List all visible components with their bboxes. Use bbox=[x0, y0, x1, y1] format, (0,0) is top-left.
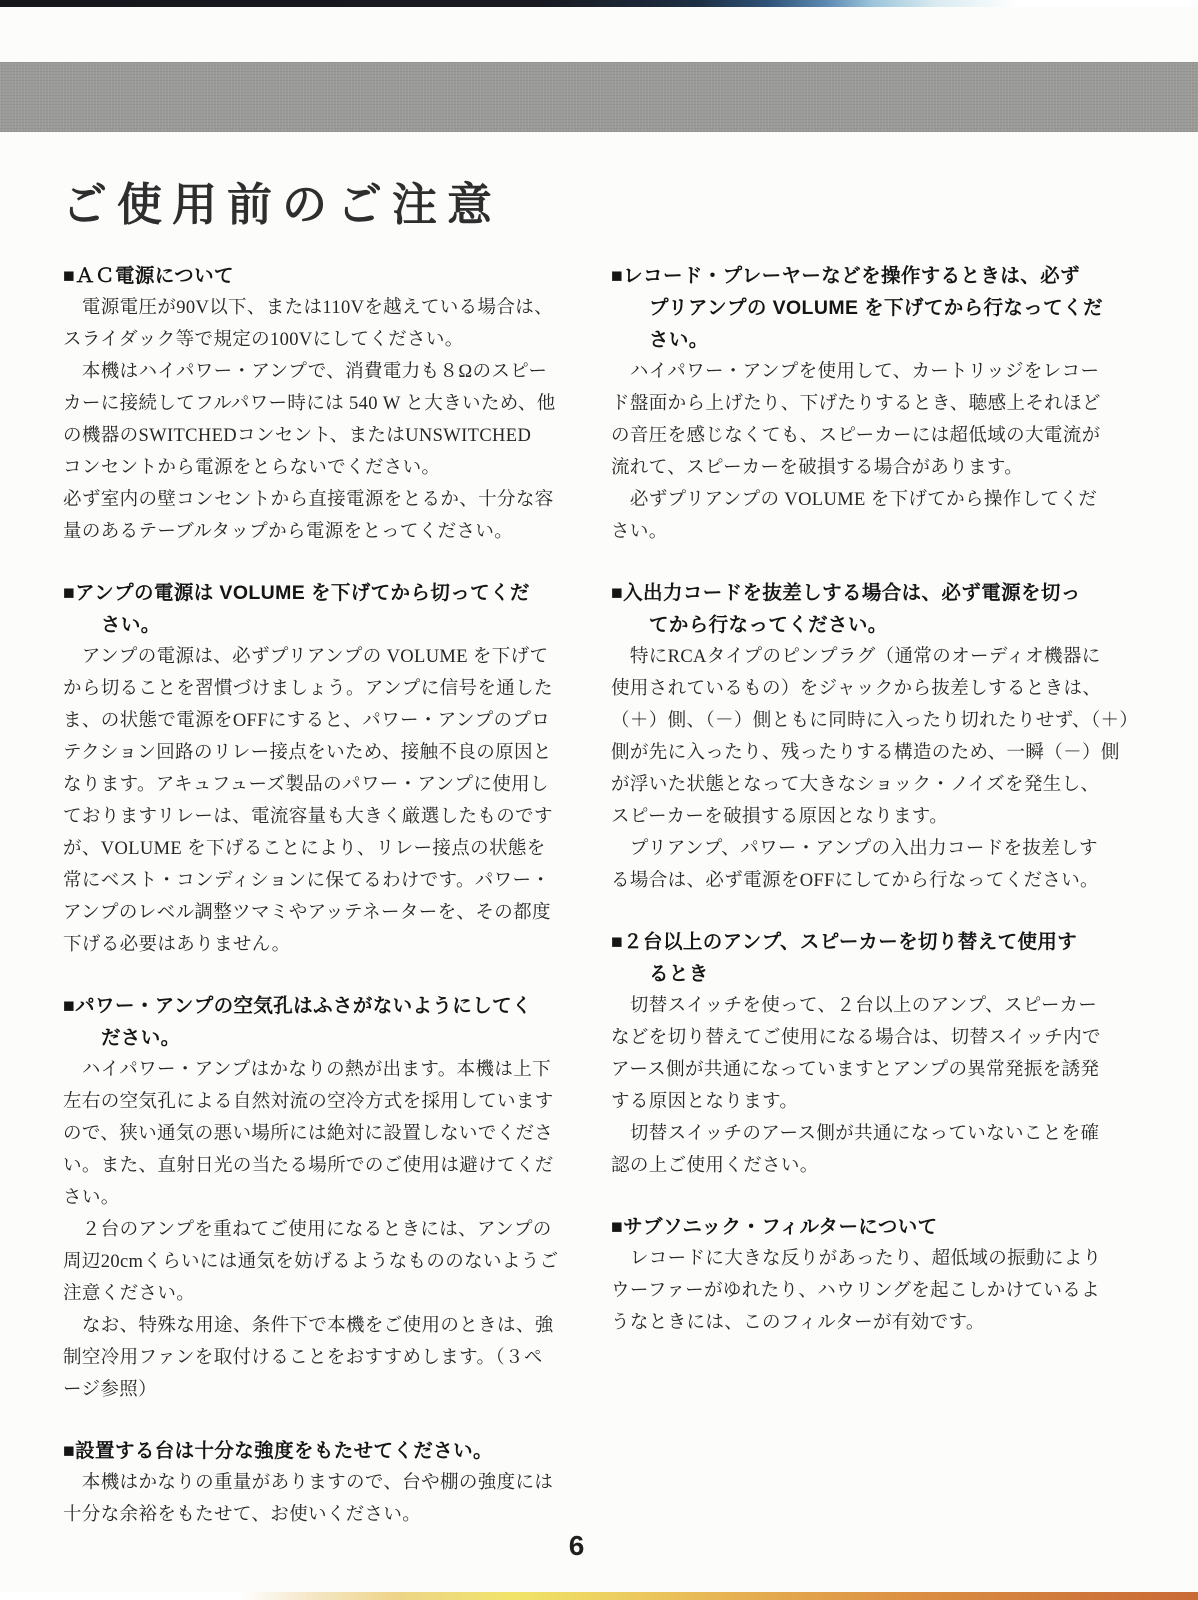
section-heading: ■レコード・プレーヤーなどを操作するときは、必ずプリアンプの VOLUME を下… bbox=[611, 260, 1101, 356]
body-text-line: 注意ください。 bbox=[63, 1278, 553, 1310]
body-text-line: 必ず室内の壁コンセントから直接電源をとるか、十分な容 bbox=[63, 484, 553, 516]
body-text-line: カーに接続してフルパワー時には 540 W と大きいため、他 bbox=[63, 388, 553, 420]
section-heading: ■２台以上のアンプ、スピーカーを切り替えて使用するとき bbox=[611, 926, 1101, 990]
body-text-line: 使用されているもの）をジャックから抜差しするときは、 bbox=[611, 673, 1101, 705]
body-text-line: 特にRCAタイプのピンプラグ（通常のオーディオ機器に bbox=[611, 641, 1101, 673]
notice-section: ■２台以上のアンプ、スピーカーを切り替えて使用するとき 切替スイッチを使って、２… bbox=[611, 926, 1101, 1182]
body-text-line: テクション回路のリレー接点をいため、接触不良の原因と bbox=[63, 737, 553, 769]
body-text-line: 電源電圧が90V以下、または110Vを越えている場合は、 bbox=[63, 292, 553, 324]
body-text-line: さい。 bbox=[611, 516, 1101, 548]
body-text-line: 切替スイッチのアース側が共通になっていないことを確 bbox=[611, 1118, 1101, 1150]
notice-section: ■レコード・プレーヤーなどを操作するときは、必ずプリアンプの VOLUME を下… bbox=[611, 260, 1101, 548]
body-text-line: コンセントから電源をとらないでください。 bbox=[63, 452, 553, 484]
body-text-line: ２台のアンプを重ねてご使用になるときには、アンプの bbox=[63, 1214, 553, 1246]
body-text-line: が、VOLUME を下げることにより、リレー接点の状態を bbox=[63, 833, 553, 865]
section-heading-line: ■ＡＣ電源について bbox=[63, 260, 553, 292]
page-title: ご使用前のご注意 bbox=[62, 168, 502, 233]
body-text-line: なお、特殊な用途、条件下で本機をご使用のときは、強 bbox=[63, 1310, 553, 1342]
top-edge-gradient-bar bbox=[0, 0, 1198, 7]
section-body: 特にRCAタイプのピンプラグ（通常のオーディオ機器に使用されているもの）をジャッ… bbox=[611, 641, 1101, 897]
notice-section: ■ＡＣ電源について 電源電圧が90V以下、または110Vを越えている場合は、スラ… bbox=[63, 260, 553, 548]
section-heading-line: ださい。 bbox=[63, 1022, 553, 1054]
body-text-line: の音圧を感じなくても、スピーカーには超低域の大電流が bbox=[611, 420, 1101, 452]
body-text-line: （＋）側、（－）側ともに同時に入ったり切れたりせず、（＋） bbox=[611, 705, 1101, 737]
section-heading: ■ＡＣ電源について bbox=[63, 260, 553, 292]
section-heading: ■アンプの電源は VOLUME を下げてから切ってください。 bbox=[63, 577, 553, 641]
body-text-line: うなときには、このフィルターが有効です。 bbox=[611, 1307, 1101, 1339]
notice-section: ■サブソニック・フィルターについて レコードに大きな反りがあったり、超低域の振動… bbox=[611, 1211, 1101, 1339]
body-text-line: ージ参照） bbox=[63, 1374, 553, 1406]
body-text-line: 認の上ご使用ください。 bbox=[611, 1150, 1101, 1182]
section-heading-line: ■設置する台は十分な強度をもたせてください。 bbox=[63, 1435, 553, 1467]
body-text-line: る場合は、必ず電源をOFFにしてから行なってください。 bbox=[611, 865, 1101, 897]
body-text-line: レコードに大きな反りがあったり、超低域の振動により bbox=[611, 1243, 1101, 1275]
section-heading-line: ■レコード・プレーヤーなどを操作するときは、必ず bbox=[611, 260, 1101, 292]
body-text-line: 切替スイッチを使って、２台以上のアンプ、スピーカー bbox=[611, 990, 1101, 1022]
body-text-line: スピーカーを破損する原因となります。 bbox=[611, 801, 1101, 833]
section-heading-line: ■サブソニック・フィルターについて bbox=[611, 1211, 1101, 1243]
section-heading: ■パワー・アンプの空気孔はふさがないようにしてください。 bbox=[63, 990, 553, 1054]
section-body: レコードに大きな反りがあったり、超低域の振動によりウーファーがゆれたり、ハウリン… bbox=[611, 1243, 1101, 1339]
body-text-line: プリアンプ、パワー・アンプの入出力コードを抜差しす bbox=[611, 833, 1101, 865]
section-heading: ■サブソニック・フィルターについて bbox=[611, 1211, 1101, 1243]
body-text-line: 必ずプリアンプの VOLUME を下げてから操作してくだ bbox=[611, 484, 1101, 516]
body-text-line: 本機はかなりの重量がありますので、台や棚の強度には bbox=[63, 1467, 553, 1499]
body-text-line: 制空冷用ファンを取付けることをおすすめします。（３ペ bbox=[63, 1342, 553, 1374]
section-heading-line: ■アンプの電源は VOLUME を下げてから切ってくだ bbox=[63, 577, 553, 609]
body-text-line: が浮いた状態となって大きなショック・ノイズを発生し、 bbox=[611, 769, 1101, 801]
notice-section: ■入出力コードを抜差しする場合は、必ず電源を切ってから行なってください。 特にR… bbox=[611, 577, 1101, 897]
body-text-line: アース側が共通になっていますとアンプの異常発振を誘発 bbox=[611, 1054, 1101, 1086]
body-text-line: ハイパワー・アンプはかなりの熱が出ます。本機は上下 bbox=[63, 1054, 553, 1086]
section-heading-line: るとき bbox=[611, 958, 1101, 990]
section-body: ハイパワー・アンプはかなりの熱が出ます。本機は上下左右の空気孔による自然対流の空… bbox=[63, 1054, 553, 1406]
body-text-line: なります。アキュフューズ製品のパワー・アンプに使用し bbox=[63, 769, 553, 801]
section-heading: ■設置する台は十分な強度をもたせてください。 bbox=[63, 1435, 553, 1467]
section-body: 本機はかなりの重量がありますので、台や棚の強度には十分な余裕をもたせて、お使いく… bbox=[63, 1467, 553, 1531]
body-text-line: ド盤面から上げたり、下げたりするとき、聴感上それほど bbox=[611, 388, 1101, 420]
body-text-line: 常にベスト・コンディションに保てるわけです。パワー・ bbox=[63, 865, 553, 897]
section-heading-line: てから行なってください。 bbox=[611, 609, 1101, 641]
body-text-line: アンプの電源は、必ずプリアンプの VOLUME を下げて bbox=[63, 641, 553, 673]
section-heading-line: ■パワー・アンプの空気孔はふさがないようにしてく bbox=[63, 990, 553, 1022]
section-body: 電源電圧が90V以下、または110Vを越えている場合は、スライダック等で規定の1… bbox=[63, 292, 553, 548]
section-heading-line: プリアンプの VOLUME を下げてから行なってくだ bbox=[611, 292, 1101, 324]
manual-page: ご使用前のご注意 ■ＡＣ電源について 電源電圧が90V以下、または110Vを越え… bbox=[0, 0, 1198, 1600]
body-text-line: スライダック等で規定の100Vにしてください。 bbox=[63, 324, 553, 356]
notice-section: ■設置する台は十分な強度をもたせてください。 本機はかなりの重量がありますので、… bbox=[63, 1435, 553, 1531]
section-body: 切替スイッチを使って、２台以上のアンプ、スピーカーなどを切り替えてご使用になる場… bbox=[611, 990, 1101, 1182]
body-text-line: する原因となります。 bbox=[611, 1086, 1101, 1118]
section-heading-line: さい。 bbox=[611, 324, 1101, 356]
section-heading-line: さい。 bbox=[63, 609, 553, 641]
section-body: アンプの電源は、必ずプリアンプの VOLUME を下げてから切ることを習慣づけま… bbox=[63, 641, 553, 961]
notice-section: ■パワー・アンプの空気孔はふさがないようにしてください。 ハイパワー・アンプはか… bbox=[63, 990, 553, 1406]
column-left: ■ＡＣ電源について 電源電圧が90V以下、または110Vを越えている場合は、スラ… bbox=[63, 260, 553, 1560]
column-right: ■レコード・プレーヤーなどを操作するときは、必ずプリアンプの VOLUME を下… bbox=[611, 260, 1101, 1368]
body-text-line: などを切り替えてご使用になる場合は、切替スイッチ内で bbox=[611, 1022, 1101, 1054]
page-number: 6 bbox=[63, 1530, 1090, 1562]
body-text-line: 下げる必要はありません。 bbox=[63, 929, 553, 961]
body-text-line: い。また、直射日光の当たる場所でのご使用は避けてくだ bbox=[63, 1150, 553, 1182]
notice-section: ■アンプの電源は VOLUME を下げてから切ってください。 アンプの電源は、必… bbox=[63, 577, 553, 961]
body-text-line: 側が先に入ったり、残ったりする構造のため、一瞬（－）側 bbox=[611, 737, 1101, 769]
body-text-line: 流れて、スピーカーを破損する場合があります。 bbox=[611, 452, 1101, 484]
body-text-line: 本機はハイパワー・アンプで、消費電力も８Ωのスピー bbox=[63, 356, 553, 388]
body-text-line: から切ることを習慣づけましょう。アンプに信号を通した bbox=[63, 673, 553, 705]
body-text-line: ハイパワー・アンプを使用して、カートリッジをレコー bbox=[611, 356, 1101, 388]
section-heading-line: ■入出力コードを抜差しする場合は、必ず電源を切っ bbox=[611, 577, 1101, 609]
body-text-line: ので、狭い通気の悪い場所には絶対に設置しないでくださ bbox=[63, 1118, 553, 1150]
section-body: ハイパワー・アンプを使用して、カートリッジをレコード盤面から上げたり、下げたりす… bbox=[611, 356, 1101, 548]
body-text-line: ま、の状態で電源をOFFにすると、パワー・アンプのプロ bbox=[63, 705, 553, 737]
section-heading: ■入出力コードを抜差しする場合は、必ず電源を切ってから行なってください。 bbox=[611, 577, 1101, 641]
body-text-line: アンプのレベル調整ツマミやアッテネーターを、その都度 bbox=[63, 897, 553, 929]
body-text-line: の機器のSWITCHEDコンセント、またはUNSWITCHED bbox=[63, 420, 553, 452]
bottom-edge-gradient-bar bbox=[0, 1592, 1198, 1600]
header-gray-band bbox=[0, 62, 1198, 132]
body-text-line: 周辺20cmくらいには通気を妨げるようなもののないようご bbox=[63, 1246, 553, 1278]
body-text-line: 左右の空気孔による自然対流の空冷方式を採用しています bbox=[63, 1086, 553, 1118]
body-text-line: 十分な余裕をもたせて、お使いください。 bbox=[63, 1499, 553, 1531]
body-text-line: 量のあるテーブルタップから電源をとってください。 bbox=[63, 516, 553, 548]
body-text-line: ウーファーがゆれたり、ハウリングを起こしかけているよ bbox=[611, 1275, 1101, 1307]
body-text-line: ておりますリレーは、電流容量も大きく厳選したものです bbox=[63, 801, 553, 833]
section-heading-line: ■２台以上のアンプ、スピーカーを切り替えて使用す bbox=[611, 926, 1101, 958]
body-text-line: さい。 bbox=[63, 1182, 553, 1214]
